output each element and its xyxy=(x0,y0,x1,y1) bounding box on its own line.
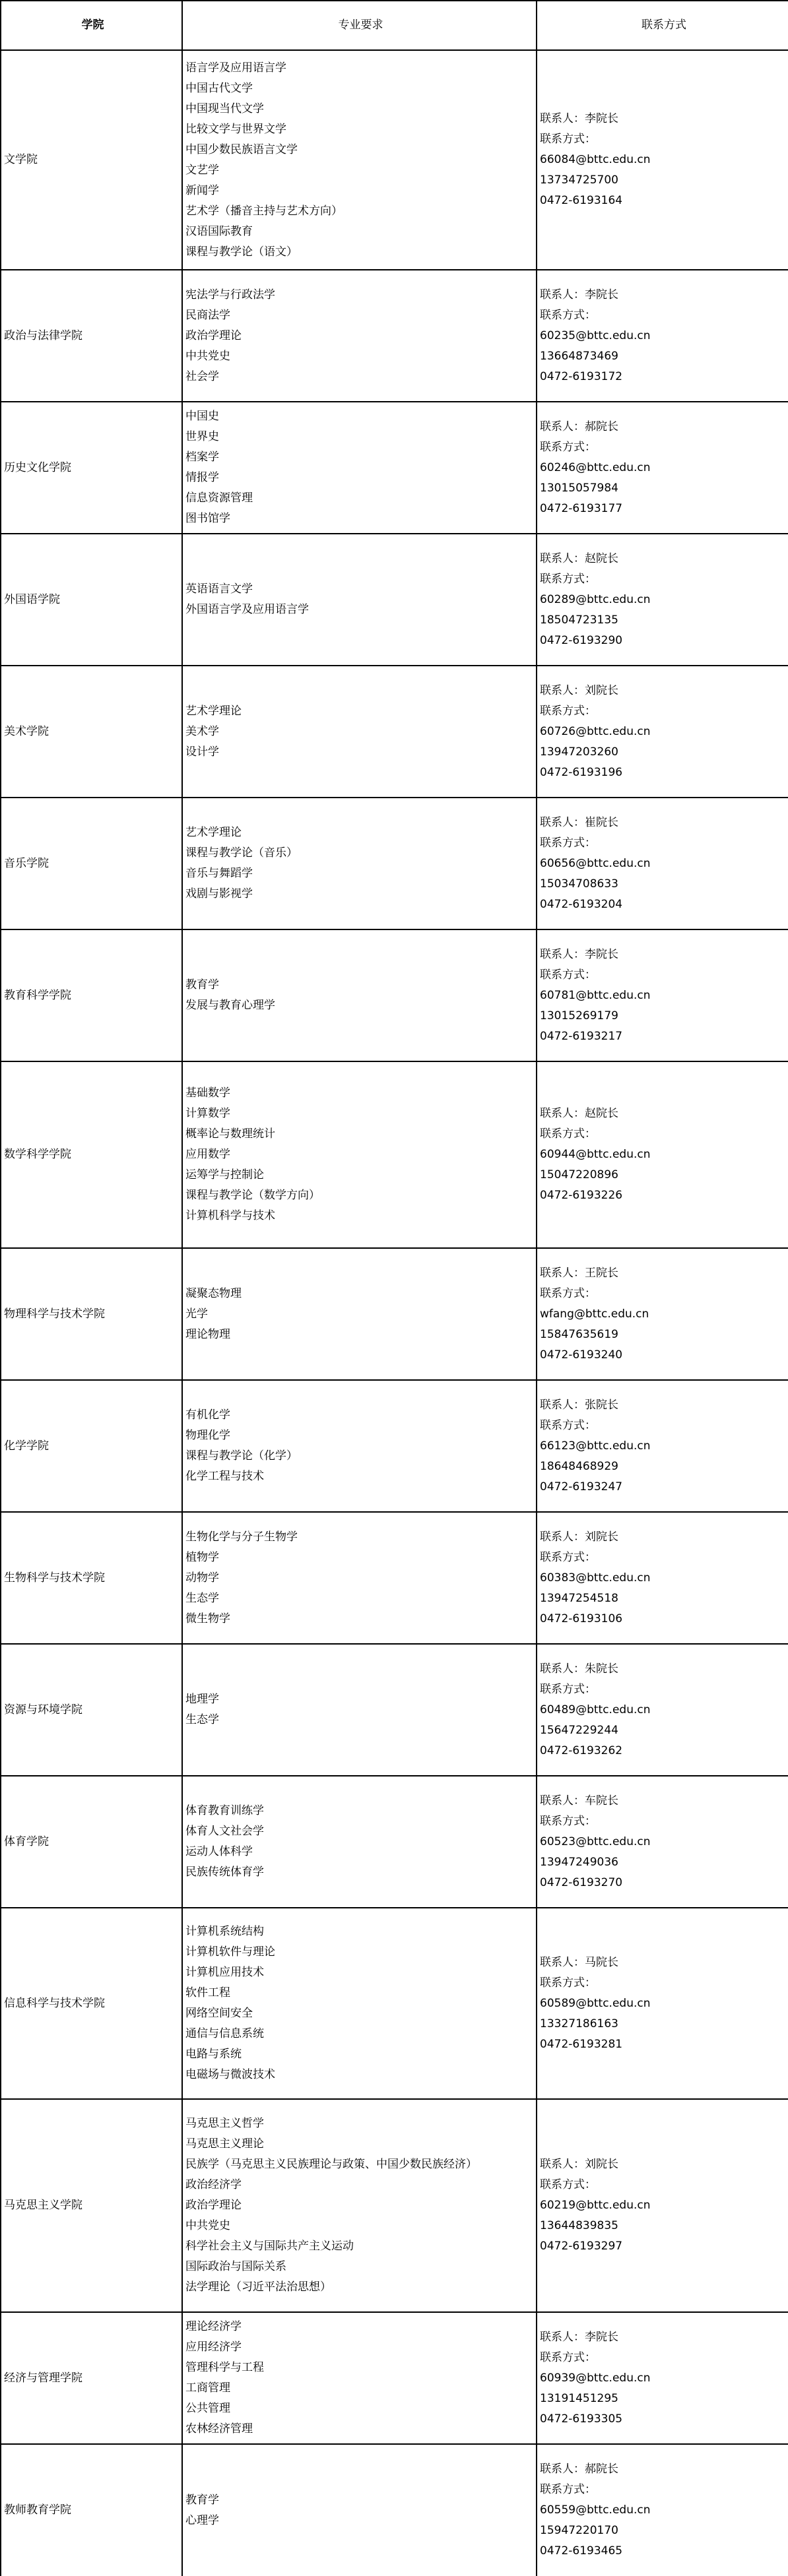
major-item: 计算机系统结构 xyxy=(185,1922,536,1942)
major-item: 生态学 xyxy=(185,1710,536,1730)
table-header-row: 学院 专业要求 联系方式 xyxy=(1,1,788,50)
college-name: 物理科学与技术学院 xyxy=(1,1248,182,1380)
major-item: 艺术学理论 xyxy=(185,701,536,722)
contact-phone: 0472-6193196 xyxy=(540,763,788,783)
major-item: 民商法学 xyxy=(185,305,536,326)
major-item: 光学 xyxy=(185,1304,536,1325)
major-item: 有机化学 xyxy=(185,1405,536,1426)
major-item: 应用经济学 xyxy=(185,2337,536,2358)
college-name: 外国语学院 xyxy=(1,534,182,666)
contact-mobile: 13015269179 xyxy=(540,1006,788,1026)
contact-phone: 0472-6193204 xyxy=(540,895,788,915)
contact-phone: 0472-6193290 xyxy=(540,631,788,651)
contact-email[interactable]: 60383@bttc.edu.cn xyxy=(540,1568,788,1588)
contact-info: 联系人：刘院长联系方式：60383@bttc.edu.cn13947254518… xyxy=(537,1512,788,1644)
contact-mobile: 15847635619 xyxy=(540,1325,788,1345)
contact-method-label: 联系方式： xyxy=(540,437,788,458)
contact-mobile: 13015057984 xyxy=(540,478,788,499)
contact-info: 联系人：李院长联系方式：60781@bttc.edu.cn13015269179… xyxy=(537,929,788,1061)
major-item: 中国史 xyxy=(185,406,536,427)
contact-info: 联系人：赵院长联系方式：60944@bttc.edu.cn15047220896… xyxy=(537,1061,788,1248)
major-item: 社会学 xyxy=(185,367,536,387)
major-item: 政治学理论 xyxy=(185,2195,536,2216)
major-item: 工商管理 xyxy=(185,2378,536,2399)
contact-mobile: 18504723135 xyxy=(540,610,788,631)
contact-person: 联系人：李院长 xyxy=(540,109,788,129)
contact-email[interactable]: 60944@bttc.edu.cn xyxy=(540,1145,788,1165)
major-item: 管理科学与工程 xyxy=(185,2358,536,2378)
major-item: 概率论与数理统计 xyxy=(185,1124,536,1145)
contact-email[interactable]: 60489@bttc.edu.cn xyxy=(540,1700,788,1720)
contact-method-label: 联系方式： xyxy=(540,965,788,986)
major-item: 中国古代文学 xyxy=(185,79,536,99)
major-list: 艺术学理论美术学设计学 xyxy=(182,666,537,798)
major-item: 计算机科学与技术 xyxy=(185,1206,536,1226)
contact-info: 联系人：崔院长联系方式：60656@bttc.edu.cn15034708633… xyxy=(537,798,788,929)
contact-email[interactable]: 66084@bttc.edu.cn xyxy=(540,150,788,170)
contact-email[interactable]: 60781@bttc.edu.cn xyxy=(540,986,788,1006)
contact-mobile: 13947254518 xyxy=(540,1588,788,1609)
contact-person: 联系人：李院长 xyxy=(540,285,788,305)
contact-info: 联系人：郝院长联系方式：60246@bttc.edu.cn13015057984… xyxy=(537,402,788,534)
contact-info: 联系人：李院长联系方式：66084@bttc.edu.cn13734725700… xyxy=(537,50,788,270)
major-item: 中国少数民族语言文学 xyxy=(185,140,536,160)
major-list: 教育学发展与教育心理学 xyxy=(182,929,537,1061)
contact-email[interactable]: 66123@bttc.edu.cn xyxy=(540,1436,788,1457)
major-item: 汉语国际教育 xyxy=(185,222,536,242)
major-list: 马克思主义哲学马克思主义理论民族学（马克思主义民族理论与政策、中国少数民族经济）… xyxy=(182,2099,537,2312)
table-row: 历史文化学院中国史世界史档案学情报学信息资源管理图书馆学联系人：郝院长联系方式：… xyxy=(1,402,788,534)
table-row: 文学院语言学及应用语言学中国古代文学中国现当代文学比较文学与世界文学中国少数民族… xyxy=(1,50,788,270)
major-item: 体育教育训练学 xyxy=(185,1801,536,1821)
major-item: 农林经济管理 xyxy=(185,2419,536,2439)
contact-person: 联系人：刘院长 xyxy=(540,2154,788,2175)
contact-person: 联系人：车院长 xyxy=(540,1791,788,1811)
table-row: 教师教育学院教育学心理学联系人：郝院长联系方式：60559@bttc.edu.c… xyxy=(1,2444,788,2576)
major-item: 档案学 xyxy=(185,447,536,468)
contact-email[interactable]: 60219@bttc.edu.cn xyxy=(540,2195,788,2216)
contact-method-label: 联系方式： xyxy=(540,1811,788,1832)
contact-email[interactable]: 60589@bttc.edu.cn xyxy=(540,1994,788,2014)
major-item: 物理化学 xyxy=(185,1426,536,1446)
contact-person: 联系人：马院长 xyxy=(540,1953,788,1973)
contact-phone: 0472-6193262 xyxy=(540,1741,788,1761)
contact-person: 联系人：张院长 xyxy=(540,1395,788,1416)
contact-phone: 0472-6193297 xyxy=(540,2236,788,2257)
college-name: 信息科学与技术学院 xyxy=(1,1908,182,2099)
college-contact-table: 学院 专业要求 联系方式 文学院语言学及应用语言学中国古代文学中国现当代文学比较… xyxy=(0,0,788,2576)
contact-phone: 0472-6193465 xyxy=(540,2541,788,2561)
major-item: 课程与教学论（音乐） xyxy=(185,843,536,864)
contact-person: 联系人：朱院长 xyxy=(540,1659,788,1680)
table-row: 信息科学与技术学院计算机系统结构计算机软件与理论计算机应用技术软件工程网络空间安… xyxy=(1,1908,788,2099)
major-list: 英语语言文学外国语言学及应用语言学 xyxy=(182,534,537,666)
major-item: 动物学 xyxy=(185,1568,536,1588)
contact-info: 联系人：李院长联系方式：60939@bttc.edu.cn13191451295… xyxy=(537,2312,788,2444)
major-item: 教育学 xyxy=(185,2490,536,2511)
table-row: 教育科学学院教育学发展与教育心理学联系人：李院长联系方式：60781@bttc.… xyxy=(1,929,788,1061)
contact-info: 联系人：李院长联系方式：60235@bttc.edu.cn13664873469… xyxy=(537,270,788,402)
contact-person: 联系人：刘院长 xyxy=(540,1527,788,1548)
major-item: 电磁场与微波技术 xyxy=(185,2065,536,2085)
contact-person: 联系人：崔院长 xyxy=(540,813,788,833)
contact-person: 联系人：王院长 xyxy=(540,1263,788,1284)
contact-phone: 0472-6193217 xyxy=(540,1026,788,1047)
major-item: 马克思主义哲学 xyxy=(185,2114,536,2134)
major-item: 理论经济学 xyxy=(185,2317,536,2337)
contact-method-label: 联系方式： xyxy=(540,833,788,854)
major-list: 有机化学物理化学课程与教学论（化学）化学工程与技术 xyxy=(182,1380,537,1512)
contact-method-label: 联系方式： xyxy=(540,569,788,590)
major-list: 凝聚态物理光学理论物理 xyxy=(182,1248,537,1380)
major-item: 英语语言文学 xyxy=(185,579,536,600)
major-list: 计算机系统结构计算机软件与理论计算机应用技术软件工程网络空间安全通信与信息系统电… xyxy=(182,1908,537,2099)
table-row: 音乐学院艺术学理论课程与教学论（音乐）音乐与舞蹈学戏剧与影视学联系人：崔院长联系… xyxy=(1,798,788,929)
header-majors: 专业要求 xyxy=(182,1,537,50)
contact-info: 联系人：朱院长联系方式：60489@bttc.edu.cn15647229244… xyxy=(537,1644,788,1776)
contact-email[interactable]: wfang@bttc.edu.cn xyxy=(540,1304,788,1325)
college-name: 数学科学学院 xyxy=(1,1061,182,1248)
major-item: 心理学 xyxy=(185,2511,536,2531)
major-item: 电路与系统 xyxy=(185,2044,536,2065)
contact-person: 联系人：李院长 xyxy=(540,2327,788,2348)
college-name: 音乐学院 xyxy=(1,798,182,929)
contact-method-label: 联系方式： xyxy=(540,1680,788,1700)
major-item: 理论物理 xyxy=(185,1325,536,1345)
contact-email[interactable]: 60246@bttc.edu.cn xyxy=(540,458,788,478)
contact-person: 联系人：郝院长 xyxy=(540,2459,788,2480)
contact-info: 联系人：赵院长联系方式：60289@bttc.edu.cn18504723135… xyxy=(537,534,788,666)
table-row: 马克思主义学院马克思主义哲学马克思主义理论民族学（马克思主义民族理论与政策、中国… xyxy=(1,2099,788,2312)
contact-mobile: 13664873469 xyxy=(540,346,788,367)
table-row: 美术学院艺术学理论美术学设计学联系人：刘院长联系方式：60726@bttc.ed… xyxy=(1,666,788,798)
major-item: 计算数学 xyxy=(185,1104,536,1124)
major-item: 马克思主义理论 xyxy=(185,2134,536,2154)
college-name: 资源与环境学院 xyxy=(1,1644,182,1776)
contact-mobile: 13947249036 xyxy=(540,1852,788,1873)
contact-mobile: 13947203260 xyxy=(540,742,788,763)
major-list: 理论经济学应用经济学管理科学与工程工商管理公共管理农林经济管理 xyxy=(182,2312,537,2444)
major-item: 应用数学 xyxy=(185,1145,536,1165)
major-list: 地理学生态学 xyxy=(182,1644,537,1776)
table-row: 经济与管理学院理论经济学应用经济学管理科学与工程工商管理公共管理农林经济管理联系… xyxy=(1,2312,788,2444)
major-item: 宪法学与行政法学 xyxy=(185,285,536,305)
major-item: 网络空间安全 xyxy=(185,2003,536,2024)
major-list: 生物化学与分子生物学植物学动物学生态学微生物学 xyxy=(182,1512,537,1644)
contact-method-label: 联系方式： xyxy=(540,2175,788,2195)
contact-info: 联系人：马院长联系方式：60589@bttc.edu.cn13327186163… xyxy=(537,1908,788,2099)
major-item: 戏剧与影视学 xyxy=(185,884,536,904)
major-item: 比较文学与世界文学 xyxy=(185,119,536,140)
major-item: 中共党史 xyxy=(185,2216,536,2236)
major-item: 中国现当代文学 xyxy=(185,99,536,119)
contact-email[interactable]: 60656@bttc.edu.cn xyxy=(540,854,788,874)
contact-mobile: 15947220170 xyxy=(540,2521,788,2541)
college-name: 文学院 xyxy=(1,50,182,270)
contact-phone: 0472-6193177 xyxy=(540,499,788,519)
contact-phone: 0472-6193270 xyxy=(540,1873,788,1893)
major-item: 国际政治与国际关系 xyxy=(185,2257,536,2277)
major-item: 世界史 xyxy=(185,427,536,447)
major-list: 体育教育训练学体育人文社会学运动人体科学民族传统体育学 xyxy=(182,1776,537,1908)
table-body: 文学院语言学及应用语言学中国古代文学中国现当代文学比较文学与世界文学中国少数民族… xyxy=(1,50,788,2576)
contact-info: 联系人：刘院长联系方式：60726@bttc.edu.cn13947203260… xyxy=(537,666,788,798)
contact-mobile: 15034708633 xyxy=(540,874,788,895)
college-name: 生物科学与技术学院 xyxy=(1,1512,182,1644)
header-college: 学院 xyxy=(1,1,182,50)
contact-method-label: 联系方式： xyxy=(540,1548,788,1568)
college-name: 经济与管理学院 xyxy=(1,2312,182,2444)
contact-info: 联系人：张院长联系方式：66123@bttc.edu.cn18648468929… xyxy=(537,1380,788,1512)
contact-method-label: 联系方式： xyxy=(540,1124,788,1145)
contact-info: 联系人：王院长联系方式：wfang@bttc.edu.cn15847635619… xyxy=(537,1248,788,1380)
table-row: 化学学院有机化学物理化学课程与教学论（化学）化学工程与技术联系人：张院长联系方式… xyxy=(1,1380,788,1512)
major-item: 课程与教学论（化学） xyxy=(185,1446,536,1466)
college-name: 美术学院 xyxy=(1,666,182,798)
contact-mobile: 13734725700 xyxy=(540,170,788,191)
college-name: 教育科学学院 xyxy=(1,929,182,1061)
major-item: 政治经济学 xyxy=(185,2175,536,2195)
major-item: 发展与教育心理学 xyxy=(185,995,536,1016)
table-row: 生物科学与技术学院生物化学与分子生物学植物学动物学生态学微生物学联系人：刘院长联… xyxy=(1,1512,788,1644)
contact-mobile: 15647229244 xyxy=(540,1720,788,1741)
major-item: 计算机软件与理论 xyxy=(185,1942,536,1963)
major-item: 生物化学与分子生物学 xyxy=(185,1527,536,1548)
table-row: 资源与环境学院地理学生态学联系人：朱院长联系方式：60489@bttc.edu.… xyxy=(1,1644,788,1776)
contact-phone: 0472-6193172 xyxy=(540,367,788,387)
college-name: 历史文化学院 xyxy=(1,402,182,534)
major-item: 基础数学 xyxy=(185,1083,536,1104)
contact-phone: 0472-6193226 xyxy=(540,1185,788,1206)
major-item: 公共管理 xyxy=(185,2399,536,2419)
contact-person: 联系人：李院长 xyxy=(540,945,788,965)
major-item: 地理学 xyxy=(185,1689,536,1710)
table-row: 物理科学与技术学院凝聚态物理光学理论物理联系人：王院长联系方式：wfang@bt… xyxy=(1,1248,788,1380)
college-name: 马克思主义学院 xyxy=(1,2099,182,2312)
major-item: 化学工程与技术 xyxy=(185,1466,536,1487)
major-list: 艺术学理论课程与教学论（音乐）音乐与舞蹈学戏剧与影视学 xyxy=(182,798,537,929)
major-item: 植物学 xyxy=(185,1548,536,1568)
contact-method-label: 联系方式： xyxy=(540,701,788,722)
contact-email[interactable]: 60289@bttc.edu.cn xyxy=(540,590,788,610)
contact-email[interactable]: 60523@bttc.edu.cn xyxy=(540,1832,788,1852)
major-list: 基础数学计算数学概率论与数理统计应用数学运筹学与控制论课程与教学论（数学方向）计… xyxy=(182,1061,537,1248)
major-item: 体育人文社会学 xyxy=(185,1821,536,1842)
college-name: 教师教育学院 xyxy=(1,2444,182,2576)
major-item: 音乐与舞蹈学 xyxy=(185,864,536,884)
major-item: 政治学理论 xyxy=(185,326,536,346)
major-item: 美术学 xyxy=(185,722,536,742)
major-item: 生态学 xyxy=(185,1588,536,1609)
contact-info: 联系人：车院长联系方式：60523@bttc.edu.cn13947249036… xyxy=(537,1776,788,1908)
major-item: 情报学 xyxy=(185,468,536,488)
contact-person: 联系人：赵院长 xyxy=(540,549,788,569)
contact-mobile: 15047220896 xyxy=(540,1165,788,1185)
contact-info: 联系人：刘院长联系方式：60219@bttc.edu.cn13644839835… xyxy=(537,2099,788,2312)
major-item: 软件工程 xyxy=(185,1983,536,2003)
major-item: 外国语言学及应用语言学 xyxy=(185,600,536,620)
contact-phone: 0472-6193281 xyxy=(540,2034,788,2055)
major-item: 法学理论（习近平法治思想） xyxy=(185,2277,536,2298)
major-item: 计算机应用技术 xyxy=(185,1963,536,1983)
major-list: 教育学心理学 xyxy=(182,2444,537,2576)
contact-method-label: 联系方式： xyxy=(540,2480,788,2500)
contact-info: 联系人：郝院长联系方式：60559@bttc.edu.cn15947220170… xyxy=(537,2444,788,2576)
contact-mobile: 13191451295 xyxy=(540,2389,788,2409)
contact-method-label: 联系方式： xyxy=(540,1416,788,1436)
major-item: 运动人体科学 xyxy=(185,1842,536,1862)
college-name: 政治与法律学院 xyxy=(1,270,182,402)
major-item: 文艺学 xyxy=(185,160,536,181)
contact-email[interactable]: 60235@bttc.edu.cn xyxy=(540,326,788,346)
major-list: 中国史世界史档案学情报学信息资源管理图书馆学 xyxy=(182,402,537,534)
contact-phone: 0472-6193240 xyxy=(540,1345,788,1366)
major-item: 科学社会主义与国际共产主义运动 xyxy=(185,2236,536,2257)
header-contact: 联系方式 xyxy=(537,1,788,50)
table-row: 数学科学学院基础数学计算数学概率论与数理统计应用数学运筹学与控制论课程与教学论（… xyxy=(1,1061,788,1248)
contact-email[interactable]: 60559@bttc.edu.cn xyxy=(540,2500,788,2521)
major-list: 语言学及应用语言学中国古代文学中国现当代文学比较文学与世界文学中国少数民族语言文… xyxy=(182,50,537,270)
contact-person: 联系人：刘院长 xyxy=(540,681,788,701)
major-item: 艺术学理论 xyxy=(185,823,536,843)
contact-method-label: 联系方式： xyxy=(540,305,788,326)
major-item: 民族传统体育学 xyxy=(185,1862,536,1883)
college-name: 化学学院 xyxy=(1,1380,182,1512)
contact-method-label: 联系方式： xyxy=(540,1973,788,1994)
college-name: 体育学院 xyxy=(1,1776,182,1908)
contact-method-label: 联系方式： xyxy=(540,1284,788,1304)
contact-email[interactable]: 60939@bttc.edu.cn xyxy=(540,2368,788,2389)
major-item: 运筹学与控制论 xyxy=(185,1165,536,1185)
major-item: 课程与教学论（数学方向） xyxy=(185,1185,536,1206)
contact-method-label: 联系方式： xyxy=(540,2348,788,2368)
major-item: 通信与信息系统 xyxy=(185,2024,536,2044)
major-item: 民族学（马克思主义民族理论与政策、中国少数民族经济） xyxy=(185,2154,536,2175)
major-item: 凝聚态物理 xyxy=(185,1284,536,1304)
contact-mobile: 18648468929 xyxy=(540,1457,788,1477)
contact-phone: 0472-6193247 xyxy=(540,1477,788,1497)
major-item: 信息资源管理 xyxy=(185,488,536,509)
contact-phone: 0472-6193305 xyxy=(540,2409,788,2430)
major-item: 教育学 xyxy=(185,975,536,995)
major-item: 课程与教学论（语文） xyxy=(185,242,536,263)
contact-phone: 0472-6193164 xyxy=(540,191,788,211)
contact-email[interactable]: 60726@bttc.edu.cn xyxy=(540,722,788,742)
contact-person: 联系人：赵院长 xyxy=(540,1104,788,1124)
table-row: 政治与法律学院宪法学与行政法学民商法学政治学理论中共党史社会学联系人：李院长联系… xyxy=(1,270,788,402)
major-item: 艺术学（播音主持与艺术方向） xyxy=(185,201,536,222)
major-item: 设计学 xyxy=(185,742,536,763)
table-row: 体育学院体育教育训练学体育人文社会学运动人体科学民族传统体育学联系人：车院长联系… xyxy=(1,1776,788,1908)
major-item: 新闻学 xyxy=(185,181,536,201)
contact-person: 联系人：郝院长 xyxy=(540,417,788,437)
table-row: 外国语学院英语语言文学外国语言学及应用语言学联系人：赵院长联系方式：60289@… xyxy=(1,534,788,666)
major-list: 宪法学与行政法学民商法学政治学理论中共党史社会学 xyxy=(182,270,537,402)
contact-mobile: 13644839835 xyxy=(540,2216,788,2236)
major-item: 语言学及应用语言学 xyxy=(185,58,536,79)
contact-phone: 0472-6193106 xyxy=(540,1609,788,1629)
contact-mobile: 13327186163 xyxy=(540,2014,788,2034)
contact-method-label: 联系方式： xyxy=(540,129,788,150)
major-item: 微生物学 xyxy=(185,1609,536,1629)
major-item: 中共党史 xyxy=(185,346,536,367)
major-item: 图书馆学 xyxy=(185,509,536,529)
